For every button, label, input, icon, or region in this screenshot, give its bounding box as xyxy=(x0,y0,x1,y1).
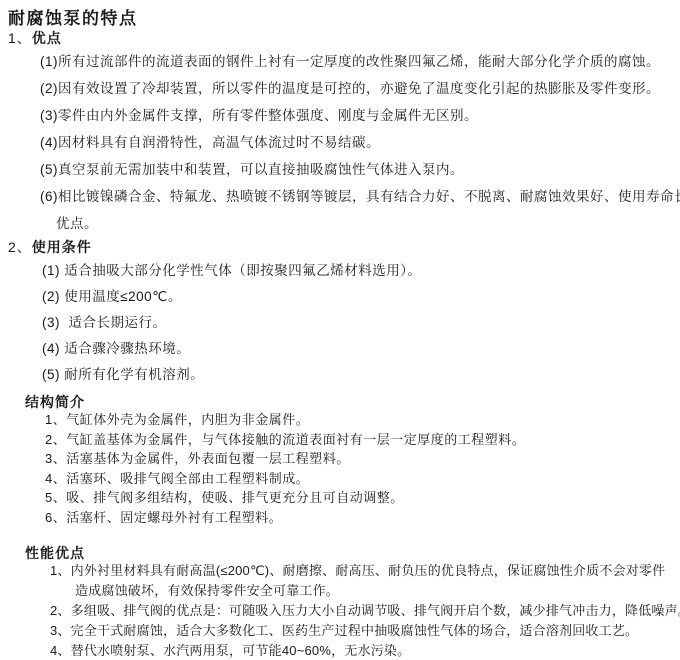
performance-item-1: 1、内外衬里材料具有耐高温(≤200℃)、耐磨擦、耐高压、耐负压的优良特点，保证… xyxy=(0,561,680,581)
advantage-item-4: (4)因材料具有自润滑特性，高温气体流过时不易结碳。 xyxy=(0,129,680,156)
advantage-item-2: (2)因有效设置了冷却装置，所以零件的温度是可控的，亦避免了温度变化引起的热膨胀… xyxy=(0,75,680,102)
section-conditions-title: 使用条件 xyxy=(32,239,92,255)
performance-list: 1、内外衬里材料具有耐高温(≤200℃)、耐磨擦、耐高压、耐负压的优良特点，保证… xyxy=(0,561,680,660)
advantage-item-6-continuation: 优点。 xyxy=(0,210,680,237)
section-structure-heading: 结构简介 xyxy=(25,392,85,412)
advantages-list: (1)所有过流部件的流道表面的钢件上衬有一定厚度的改性聚四氟乙烯，能耐大部分化学… xyxy=(0,48,680,237)
condition-item-2: (2) 使用温度≤200℃。 xyxy=(0,284,680,310)
structure-item-2: 2、气缸盖基体为金属件，与气体接触的流道表面衬有一层一定厚度的工程塑料。 xyxy=(0,430,680,450)
section-advantages-number: 1、 xyxy=(8,30,32,46)
advantage-item-3: (3)零件由内外金属件支撑，所有零件整体强度、刚度与金属件无区别。 xyxy=(0,102,680,129)
page-title: 耐腐蚀泵的特点 xyxy=(8,4,138,29)
condition-item-3: (3) 适合长期运行。 xyxy=(0,310,680,336)
performance-item-3: 3、完全干式耐腐蚀，适合大多数化工、医药生产过程中抽吸腐蚀性气体的场合，适合溶剂… xyxy=(0,621,680,641)
structure-item-4: 4、活塞环、吸排气阀全部由工程塑料制成。 xyxy=(0,469,680,489)
advantage-item-5: (5)真空泵前无需加装中和装置，可以直接抽吸腐蚀性气体进入泵内。 xyxy=(0,156,680,183)
performance-item-1-continuation: 造成腐蚀破坏，有效保持零件安全可靠工作。 xyxy=(0,581,680,601)
structure-item-1: 1、气缸体外壳为金属件，内胆为非金属件。 xyxy=(0,410,680,430)
section-conditions-number: 2、 xyxy=(8,239,32,255)
performance-item-2: 2、多组吸、排气阀的优点是：可随吸入压力大小自动调节吸、排气阀开启个数，减少排气… xyxy=(0,601,680,621)
performance-item-4: 4、替代水喷射泵、水汽两用泵，可节能40~60%，无水污染。 xyxy=(0,641,680,660)
structure-item-6: 6、活塞杆、固定螺母外衬有工程塑料。 xyxy=(0,508,680,528)
structure-item-5: 5、吸、排气阀多组结构，使吸、排气更充分且可自动调整。 xyxy=(0,488,680,508)
structure-list: 1、气缸体外壳为金属件，内胆为非金属件。 2、气缸盖基体为金属件，与气体接触的流… xyxy=(0,410,680,528)
section-performance-heading: 性能优点 xyxy=(25,543,85,563)
section-structure-title: 结构简介 xyxy=(25,394,85,410)
section-performance-title: 性能优点 xyxy=(25,545,85,561)
section-advantages-heading: 1、优点 xyxy=(8,28,62,48)
condition-item-1: (1) 适合抽吸大部分化学性气体（即按聚四氟乙烯材料选用）。 xyxy=(0,258,680,284)
document-page: 耐腐蚀泵的特点 1、优点 (1)所有过流部件的流道表面的钢件上衬有一定厚度的改性… xyxy=(0,0,680,660)
conditions-list: (1) 适合抽吸大部分化学性气体（即按聚四氟乙烯材料选用）。 (2) 使用温度≤… xyxy=(0,258,680,388)
condition-item-5: (5) 耐所有化学有机溶剂。 xyxy=(0,362,680,388)
condition-item-4: (4) 适合骤冷骤热环境。 xyxy=(0,336,680,362)
advantage-item-6: (6)相比镀镍磷合金、特氟龙、热喷镀不锈钢等镀层，具有结合力好、不脱离、耐腐蚀效… xyxy=(0,183,680,210)
section-advantages-title: 优点 xyxy=(32,30,62,46)
advantage-item-1: (1)所有过流部件的流道表面的钢件上衬有一定厚度的改性聚四氟乙烯，能耐大部分化学… xyxy=(0,48,680,75)
section-conditions-heading: 2、使用条件 xyxy=(8,237,92,257)
structure-item-3: 3、活塞基体为金属件，外表面包覆一层工程塑料。 xyxy=(0,449,680,469)
